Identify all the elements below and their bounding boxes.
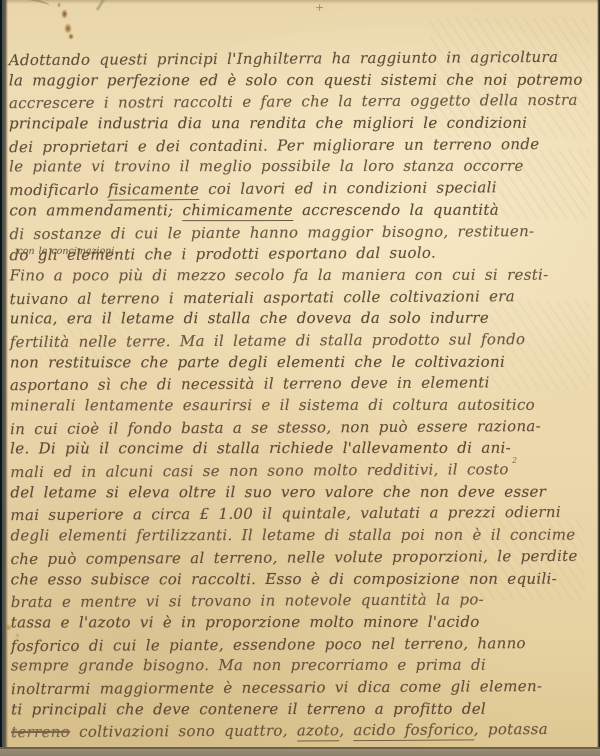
handwritten-text: do gli elementi che i prodotti esportano… [9, 244, 436, 265]
underlined-word: acido fosforico [353, 721, 473, 741]
manuscript-line: tassa e l'azoto vi è in proporzione molt… [11, 611, 600, 634]
underlined-word: fisicamente [108, 180, 199, 200]
manuscript-line: minerali lentamente esaurirsi e il siste… [10, 395, 600, 418]
handwritten-text: mai superiore a circa £ 1.00 il quintale… [10, 503, 561, 524]
handwritten-text: mali ed in alcuni casi se non sono molto… [10, 460, 509, 481]
handwritten-text: degli elementi fertilizzanti. Il letame … [10, 526, 575, 545]
ink-spot [68, 33, 74, 40]
handwritten-text: modificarlo [9, 181, 108, 200]
handwritten-text: accrescere i nostri raccolti e fare che … [9, 91, 578, 112]
handwritten-text: , potassa [474, 720, 548, 738]
manuscript-line: fosforico di cui le piante, essendone po… [11, 632, 600, 657]
manuscript-line: degli elementi fertilizzanti. Il letame … [10, 525, 600, 548]
handwritten-text: in cui cioè il fondo basta a se stesso, … [10, 417, 541, 438]
handwritten-text: le. Di più il concime di stalla richiede… [10, 439, 511, 458]
handwritten-text: che esso subisce coi raccolti. Esso è di… [11, 569, 557, 588]
manuscript-line: fertilità nelle terre. Ma il letame di s… [10, 329, 600, 354]
struck-out-word: terreno [11, 723, 70, 741]
manuscript-line: ti principali che deve contenere il terr… [11, 698, 600, 721]
handwritten-text: di sostanze di cui le piante hanno maggi… [9, 222, 534, 243]
handwritten-text: asportano sì che di necessità il terreno… [10, 374, 490, 395]
manuscript-line: sempre grande bisogno. Ma non precorriam… [11, 655, 600, 678]
manuscript-line: le. Di più il concime di stalla richiede… [10, 438, 600, 461]
ink-spot [61, 9, 68, 19]
handwritten-text: tuivano al terreno i materiali asportati… [10, 287, 515, 308]
handwritten-text: coi lavori ed in condizioni speciali [199, 178, 497, 198]
manuscript-line: brata e mentre vi si trovano in notevole… [11, 589, 600, 614]
manuscript-line: Adottando questi principi l'Inghilterra … [9, 47, 599, 72]
handwritten-text: coltivazioni sono quattro, [70, 722, 297, 741]
handwritten-text: le piante vi trovino il meglio possibile… [9, 157, 524, 176]
manuscript-lines: Adottando questi principi l'Inghilterra … [9, 47, 600, 756]
page-edge-bottom [0, 747, 600, 756]
handwritten-text: dei proprietari e dei contadini. Per mig… [9, 135, 539, 156]
manuscript-line: principale industria dia una rendita che… [9, 113, 599, 136]
manuscript-line: Fino a poco più di mezzo secolo fa la ma… [10, 264, 600, 287]
manuscript-line: accrescere i nostri raccolti e fare che … [9, 90, 599, 115]
handwritten-text: brata e mentre vi si trovano in notevole… [11, 591, 484, 612]
handwritten-text: inoltrarmi maggiormente è necessario vi … [11, 677, 542, 698]
handwritten-text: la maggior perfezione ed è solo con ques… [9, 70, 583, 89]
handwritten-text: che può compensare al terreno, nelle vol… [10, 547, 577, 568]
handwritten-text: con ammendamenti; [9, 201, 182, 219]
manuscript-line: la maggior perfezione ed è solo con ques… [9, 69, 599, 92]
manuscript-line: modificarlo fisicamente coi lavori ed in… [9, 177, 599, 202]
manuscript-line: con ammendamenti; chimicamente accrescen… [9, 199, 599, 222]
manuscript-line: mali ed in alcuni casi se non sono molto… [10, 459, 600, 484]
handwritten-text: minerali lentamente esaurirsi e il siste… [10, 396, 535, 415]
manuscript-line: do gli elementi che i prodotti esportano… [9, 242, 599, 267]
manuscript-line: che esso subisce coi raccolti. Esso è di… [11, 568, 600, 591]
manuscript-line: inoltrarmi maggiormente è necessario vi … [11, 676, 600, 701]
manuscript-line: le piante vi trovino il meglio possibile… [9, 156, 599, 179]
handwritten-text: ti principali che deve contenere il terr… [11, 699, 486, 718]
underlined-word: azoto [297, 722, 340, 742]
manuscript-line: unica, era il letame di stalla che dovev… [10, 308, 600, 331]
handwritten-text: accrescendo la quantità [293, 201, 499, 219]
handwritten-text: unica, era il letame di stalla che dovev… [10, 309, 489, 328]
handwritten-text: , [339, 721, 353, 739]
page-edge-left [0, 0, 8, 756]
manuscript-line: che può compensare al terreno, nelle vol… [10, 545, 600, 570]
underlined-word: chimicamente [182, 201, 293, 221]
handwritten-text: sempre grande bisogno. Ma non precorriam… [11, 656, 486, 675]
manuscript-line: mai superiore a circa £ 1.00 il quintale… [10, 502, 600, 527]
handwritten-text: fosforico di cui le piante, essendone po… [11, 634, 526, 655]
handwritten-text: del letame si eleva oltre il suo vero va… [10, 482, 546, 501]
handwritten-text: principale industria dia una rendita che… [9, 114, 527, 133]
manuscript-line: del letame si eleva oltre il suo vero va… [10, 481, 600, 504]
manuscript-page: + 2 Adottando questi principi l'Inghilte… [0, 0, 600, 756]
handwritten-text: tassa e l'azoto vi è in proporzione molt… [11, 613, 480, 632]
manuscript-line: asportano sì che di necessità il terreno… [10, 372, 600, 397]
handwritten-text: Fino a poco più di mezzo secolo fa la ma… [10, 266, 549, 285]
manuscript-line: tuivano al terreno i materiali asportati… [10, 285, 600, 310]
page-edge-top [0, 0, 600, 4]
handwritten-text: fertilità nelle terre. Ma il letame di s… [10, 330, 526, 351]
manuscript-line: terreno coltivazioni sono quattro, azoto… [11, 719, 600, 744]
handwritten-text: Adottando questi principi l'Inghilterra … [9, 48, 558, 69]
handwritten-text: non restituisce che parte degli elementi… [10, 352, 505, 371]
manuscript-line: non restituisce che parte degli elementi… [10, 351, 600, 374]
